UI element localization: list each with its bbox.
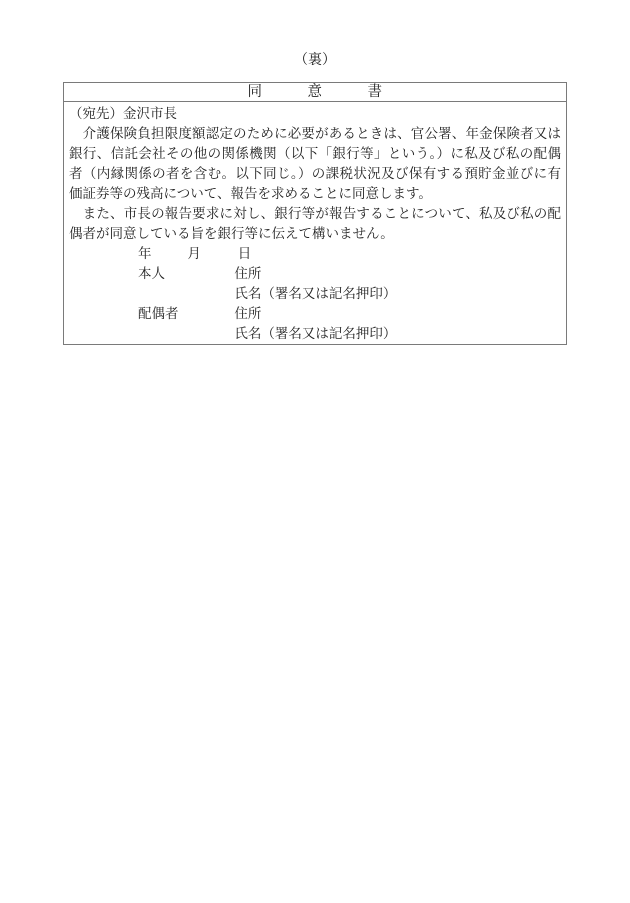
applicant-label: 本人 — [138, 264, 231, 284]
applicant-name-row: 氏名（署名又は記名押印） — [69, 284, 561, 304]
consent-paragraph1-line4: 価証券等の残高について、報告を求めることに同意します。 — [69, 184, 561, 204]
consent-paragraph2-line1: また、市長の報告要求に対し、銀行等が報告することについて、私及び私の配 — [69, 204, 561, 224]
month-label: 月 — [187, 244, 234, 264]
spouse-name-row: 氏名（署名又は記名押印） — [69, 324, 561, 344]
spouse-address-field-label: 住所 — [234, 304, 261, 324]
consent-form-body: （宛先）金沢市長 介護保険負担限度額認定のために必要があるときは、官公署、年金保… — [64, 102, 566, 344]
consent-form-box: 同 意 書 （宛先）金沢市長 介護保険負担限度額認定のために必要があるときは、官… — [63, 82, 567, 345]
consent-paragraph1-line1: 介護保険負担限度額認定のために必要があるときは、官公署、年金保険者又は — [69, 124, 561, 144]
document-page: （裏） 同 意 書 （宛先）金沢市長 介護保険負担限度額認定のために必要があると… — [0, 0, 630, 903]
consent-paragraph1-line3: 者（内縁関係の者を含む。以下同じ。）の課税状況及び保有する預貯金並びに有 — [69, 164, 561, 184]
consent-paragraph1-line2: 銀行、信託会社その他の関係機関（以下「銀行等」という。）に私及び私の配偶 — [69, 144, 561, 164]
day-label: 日 — [238, 246, 252, 261]
applicant-address-row: 本人 住所 — [69, 264, 561, 284]
page-side-label: （裏） — [0, 51, 630, 71]
document-title: 同 意 書 — [64, 83, 566, 102]
spouse-label: 配偶者 — [138, 304, 231, 324]
spouse-name-field-label: 氏名（署名又は記名押印） — [234, 324, 396, 344]
spouse-address-row: 配偶者 住所 — [69, 304, 561, 324]
addressee-line: （宛先）金沢市長 — [69, 104, 561, 124]
year-label: 年 — [138, 244, 184, 264]
applicant-address-field-label: 住所 — [234, 264, 261, 284]
date-line: 年 月 日 — [69, 244, 561, 264]
applicant-name-field-label: 氏名（署名又は記名押印） — [234, 284, 396, 304]
consent-paragraph2-line2: 偶者が同意している旨を銀行等に伝えて構いません。 — [69, 224, 561, 244]
